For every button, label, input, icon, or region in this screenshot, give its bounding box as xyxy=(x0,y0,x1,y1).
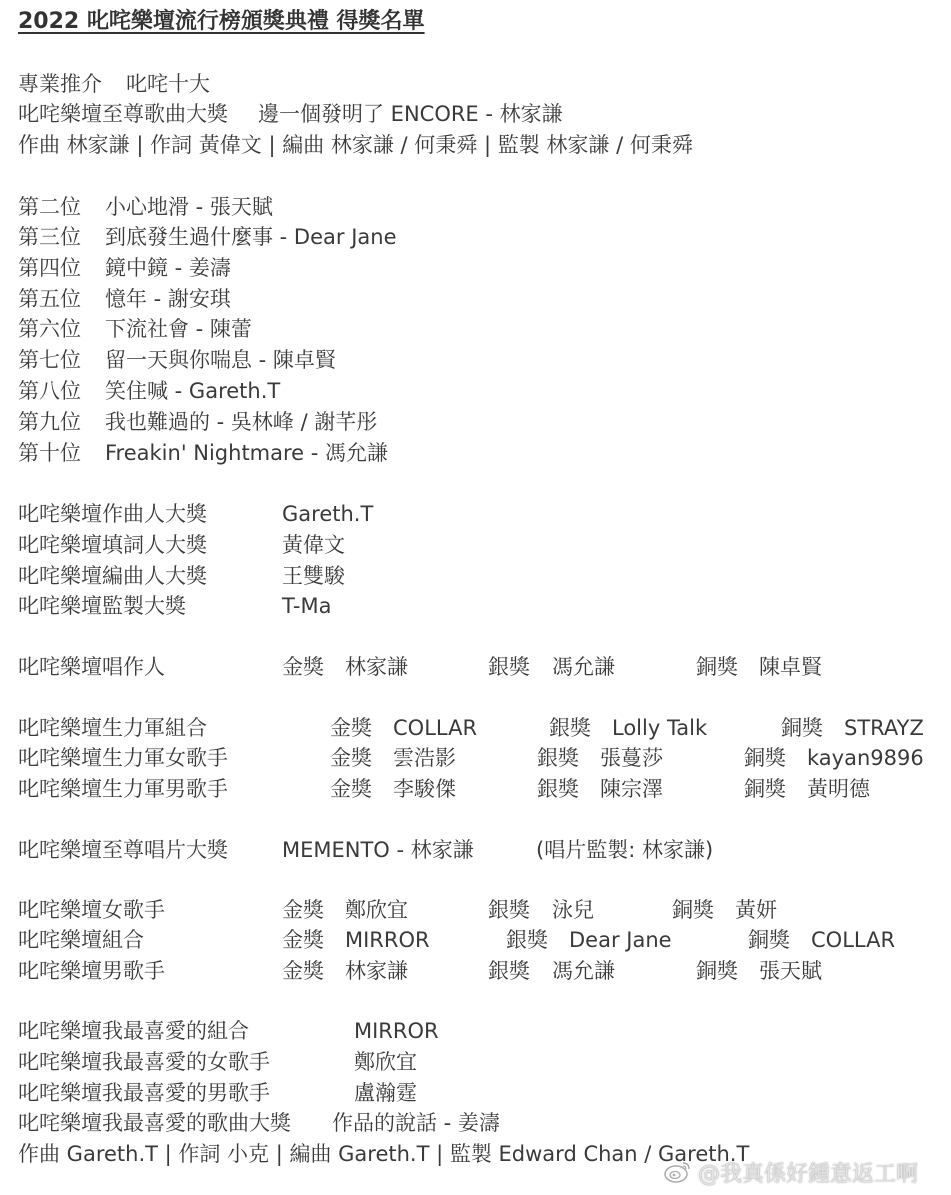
rank-label: 第六位 xyxy=(18,314,81,344)
gold-winner: 李駿傑 xyxy=(393,774,456,804)
silver-label: 銀獎 xyxy=(537,743,579,773)
award-note: (唱片監製: 林家謙) xyxy=(536,835,713,865)
award-value: 盧瀚霆 xyxy=(354,1078,417,1108)
gold-label: 金獎 xyxy=(282,652,324,682)
award-value: 鄭欣宜 xyxy=(354,1047,417,1077)
award-label: 叱咤樂壇男歌手 xyxy=(18,956,165,986)
gold-winner: 林家謙 xyxy=(345,956,408,986)
award-label: 叱咤樂壇填詞人大獎 xyxy=(18,530,207,560)
gold-label: 金獎 xyxy=(330,774,372,804)
rank-label: 第八位 xyxy=(18,376,81,406)
rank-label: 第九位 xyxy=(18,407,81,437)
gold-label: 金獎 xyxy=(282,956,324,986)
rank-song: 下流社會 - 陳蕾 xyxy=(105,314,252,344)
rank-label: 第十位 xyxy=(18,438,81,468)
bronze-label: 銅獎 xyxy=(744,743,786,773)
silver-winner: 張蔓莎 xyxy=(600,743,663,773)
rank-song: 到底發生過什麼事 - Dear Jane xyxy=(105,222,397,252)
award-label: 叱咤樂壇組合 xyxy=(18,925,144,955)
bronze-label: 銅獎 xyxy=(781,713,823,743)
silver-winner: 馮允謙 xyxy=(552,652,615,682)
bronze-label: 銅獎 xyxy=(744,774,786,804)
silver-winner: Lolly Talk xyxy=(612,713,707,743)
gold-winner: 林家謙 xyxy=(345,652,408,682)
award-label: 叱咤樂壇生力軍女歌手 xyxy=(18,743,228,773)
award-label: 叱咤樂壇女歌手 xyxy=(18,895,165,925)
silver-label: 銀獎 xyxy=(488,895,530,925)
credits-text: 作曲 Gareth.T | 作詞 小克 | 編曲 Gareth.T | 監製 E… xyxy=(18,1139,749,1169)
award-label: 叱咤樂壇我最喜愛的組合 xyxy=(18,1016,249,1046)
bronze-winner: kayan9896 xyxy=(807,743,924,773)
bronze-winner: 黃明德 xyxy=(807,774,870,804)
gold-label: 金獎 xyxy=(282,895,324,925)
award-value: 黃偉文 xyxy=(282,530,345,560)
watermark: @我真係好鍾意返工啊 xyxy=(664,1156,918,1188)
bronze-label: 銅獎 xyxy=(696,956,738,986)
rank-label: 第三位 xyxy=(18,222,81,252)
rank-label: 第四位 xyxy=(18,253,81,283)
award-value: MIRROR xyxy=(354,1016,439,1046)
award-value: 邊一個發明了 ENCORE - 林家謙 xyxy=(258,99,563,129)
rank-song: 小心地滑 - 張天賦 xyxy=(105,192,273,222)
award-label: 叱咤樂壇生力軍男歌手 xyxy=(18,774,228,804)
credits-text: 作曲 林家謙 | 作詞 黃偉文 | 編曲 林家謙 / 何秉舜 | 監製 林家謙 … xyxy=(18,130,693,160)
bronze-label: 銅獎 xyxy=(696,652,738,682)
rank-label: 第二位 xyxy=(18,192,81,222)
watermark-text: @我真係好鍾意返工啊 xyxy=(698,1157,918,1188)
rank-song: 我也難過的 - 吳林峰 / 謝芊彤 xyxy=(105,407,377,437)
section-label: 專業推介 xyxy=(18,69,102,99)
gold-winner: 鄭欣宜 xyxy=(345,895,408,925)
rank-song: 鏡中鏡 - 姜濤 xyxy=(105,253,231,283)
gold-winner: MIRROR xyxy=(345,925,430,955)
gold-label: 金獎 xyxy=(330,713,372,743)
bronze-winner: 陳卓賢 xyxy=(759,652,822,682)
section-label: 叱咤十大 xyxy=(126,69,210,99)
award-value: Gareth.T xyxy=(282,499,373,529)
rank-song: Freakin' Nightmare - 馮允謙 xyxy=(105,438,388,468)
silver-label: 銀獎 xyxy=(537,774,579,804)
rank-song: 笑住喊 - Gareth.T xyxy=(105,376,280,406)
award-label: 叱咤樂壇生力軍組合 xyxy=(18,713,207,743)
bronze-winner: 黃妍 xyxy=(735,895,777,925)
silver-label: 銀獎 xyxy=(506,925,548,955)
bronze-winner: 張天賦 xyxy=(759,956,822,986)
rank-label: 第七位 xyxy=(18,345,81,375)
rank-song: 憶年 - 謝安琪 xyxy=(105,284,231,314)
award-value: T-Ma xyxy=(282,591,331,621)
award-label: 叱咤樂壇唱作人 xyxy=(18,652,165,682)
silver-label: 銀獎 xyxy=(488,652,530,682)
award-label: 叱咤樂壇編曲人大獎 xyxy=(18,561,207,591)
bronze-winner: STRAYZ xyxy=(844,713,924,743)
award-value: MEMENTO - 林家謙 xyxy=(282,835,474,865)
silver-label: 銀獎 xyxy=(549,713,591,743)
silver-winner: 泳兒 xyxy=(552,895,594,925)
silver-winner: 馮允謙 xyxy=(552,956,615,986)
gold-winner: COLLAR xyxy=(393,713,477,743)
silver-winner: Dear Jane xyxy=(569,925,672,955)
rank-song: 留一天與你喘息 - 陳卓賢 xyxy=(105,345,336,375)
award-value: 王雙駿 xyxy=(282,561,345,591)
silver-label: 銀獎 xyxy=(488,956,530,986)
bronze-label: 銅獎 xyxy=(672,895,714,925)
award-label: 叱咤樂壇至尊歌曲大獎 xyxy=(18,99,228,129)
gold-label: 金獎 xyxy=(330,743,372,773)
award-label: 叱咤樂壇我最喜愛的女歌手 xyxy=(18,1047,270,1077)
silver-winner: 陳宗澤 xyxy=(600,774,663,804)
award-label: 叱咤樂壇至尊唱片大獎 xyxy=(18,835,228,865)
gold-winner: 雲浩影 xyxy=(393,743,456,773)
rank-label: 第五位 xyxy=(18,284,81,314)
award-label: 叱咤樂壇監製大獎 xyxy=(18,591,186,621)
weibo-icon xyxy=(664,1160,692,1184)
bronze-winner: COLLAR xyxy=(811,925,895,955)
award-label: 叱咤樂壇作曲人大獎 xyxy=(18,499,207,529)
award-value: 作品的說話 - 姜濤 xyxy=(332,1108,500,1138)
page-title: 2022 叱咤樂壇流行榜頒獎典禮 得獎名單 xyxy=(18,6,425,38)
award-label: 叱咤樂壇我最喜愛的男歌手 xyxy=(18,1078,270,1108)
bronze-label: 銅獎 xyxy=(748,925,790,955)
gold-label: 金獎 xyxy=(282,925,324,955)
award-label: 叱咤樂壇我最喜愛的歌曲大獎 xyxy=(18,1108,291,1138)
